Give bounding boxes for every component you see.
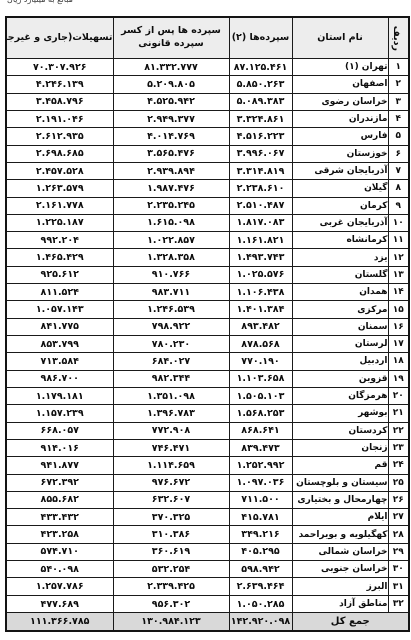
row-number: ۷ [388, 162, 409, 179]
province-name: ایلام [292, 509, 388, 526]
deposits-value: ۵۹۸.۹۴۲ [229, 561, 292, 578]
net-deposits-value: ۶۳۲.۶۰۷ [113, 491, 229, 508]
net-deposits-value: ۷۸۰.۲۳۰ [113, 336, 229, 353]
table-row: ۲۸ کهگیلویه و بویراحمد ۳۴۹.۲۱۶ ۳۱۰.۳۸۶ ۴… [6, 526, 409, 543]
province-name: گیلان [292, 180, 388, 197]
province-name: اصفهان [292, 76, 388, 93]
province-name: قزوین [292, 370, 388, 387]
net-deposits-value: ۹۸۲.۳۴۴ [113, 370, 229, 387]
facilities-value: ۴.۲۴۶.۱۳۹ [6, 76, 113, 93]
table-row: ۲۰ هرمزگان ۱.۵۰۵.۱۰۳ ۱.۳۵۱.۰۹۸ ۱.۱۷۹.۱۸۱ [6, 387, 409, 404]
facilities-value: ۵۷۴.۷۱۰ [6, 543, 113, 560]
deposits-value: ۴۰۵.۲۹۵ [229, 543, 292, 560]
facilities-value: ۹۴۱.۸۷۷ [6, 457, 113, 474]
header-deposits: سپرده‌ها (۲) [229, 17, 292, 59]
row-number: ۲۱ [388, 405, 409, 422]
facilities-value: ۵۴۰.۰۹۸ [6, 561, 113, 578]
province-name: همدان [292, 284, 388, 301]
deposits-value: ۱.۲۵۲.۹۹۲ [229, 457, 292, 474]
net-deposits-value: ۳۷۰.۳۲۵ [113, 509, 229, 526]
net-deposits-value: ۱.۳۲۸.۳۵۸ [113, 249, 229, 266]
row-number: ۱۹ [388, 370, 409, 387]
table-row: ۳ خراسان رضوی ۵.۰۸۹.۳۸۳ ۴.۵۲۵.۹۴۲ ۳.۴۵۸.… [6, 93, 409, 110]
province-name: خراسان رضوی [292, 93, 388, 110]
net-deposits-value: ۴.۰۱۴.۷۶۹ [113, 128, 229, 145]
row-number: ۶ [388, 145, 409, 162]
facilities-value: ۴۷۷.۶۸۹ [6, 595, 113, 613]
net-deposits-value: ۲.۳۳۹.۴۲۵ [113, 578, 229, 595]
net-deposits-value: ۱.۱۱۴.۶۵۹ [113, 457, 229, 474]
deposits-value: ۱.۱۰۳.۶۵۸ [229, 370, 292, 387]
total-deposits-value: ۱۴۲.۹۲۰.۰۹۸ [229, 613, 292, 631]
net-deposits-value: ۹۵۶.۳۰۲ [113, 595, 229, 613]
row-number: ۲۲ [388, 422, 409, 439]
deposits-value: ۷۷۰.۱۹۰ [229, 353, 292, 370]
province-name: سیستان و بلوچستان [292, 474, 388, 491]
row-number: ۱۴ [388, 284, 409, 301]
total-net-deposits-value: ۱۳۰.۹۸۴.۱۲۳ [113, 613, 229, 631]
deposits-value: ۴۱۵.۷۸۱ [229, 509, 292, 526]
row-number: ۱۸ [388, 353, 409, 370]
total-label: جمع کل [292, 613, 409, 631]
net-deposits-value: ۵.۲۰۹.۸۰۵ [113, 76, 229, 93]
facilities-value: ۹۲۵.۶۱۲ [6, 266, 113, 283]
table-row: ۲۵ سیستان و بلوچستان ۱.۰۹۷.۰۳۶ ۹۷۶.۶۷۲ ۶… [6, 474, 409, 491]
net-deposits-value: ۱.۹۸۷.۴۷۶ [113, 180, 229, 197]
header-row: ردیف نام استان سپرده‌ها (۲) سپرده ها پس … [6, 17, 409, 59]
province-name: البرز [292, 578, 388, 595]
row-number: ۳۰ [388, 561, 409, 578]
facilities-value: ۷۰.۳۰۷.۹۲۶ [6, 59, 113, 76]
net-deposits-value: ۹۷۶.۶۷۲ [113, 474, 229, 491]
table-row: ۱۹ قزوین ۱.۱۰۳.۶۵۸ ۹۸۲.۳۴۴ ۹۸۶.۷۰۰ [6, 370, 409, 387]
deposits-value: ۴.۵۱۶.۲۲۳ [229, 128, 292, 145]
facilities-value: ۱.۲۶۳.۵۷۹ [6, 180, 113, 197]
facilities-value: ۴۳۳.۴۳۲ [6, 509, 113, 526]
deposits-value: ۸۶۸.۶۴۱ [229, 422, 292, 439]
net-deposits-value: ۲.۹۳۹.۸۹۴ [113, 162, 229, 179]
row-number: ۵ [388, 128, 409, 145]
deposits-value: ۲.۲۳۸.۶۱۰ [229, 180, 292, 197]
facilities-value: ۹۹۲.۲۰۴ [6, 232, 113, 249]
table-row: ۲۹ خراسان شمالی ۴۰۵.۲۹۵ ۳۶۰.۶۱۹ ۵۷۴.۷۱۰ [6, 543, 409, 560]
deposits-value: ۷۱۱.۵۰۰ [229, 491, 292, 508]
province-name: آذربایجان شرقی [292, 162, 388, 179]
row-number: ۱۶ [388, 318, 409, 335]
facilities-value: ۱.۱۵۷.۲۳۹ [6, 405, 113, 422]
table-row: ۱۴ همدان ۱.۱۰۶.۴۳۸ ۹۸۳.۷۱۱ ۸۱۱.۵۲۴ [6, 284, 409, 301]
deposits-value: ۳۴۹.۲۱۶ [229, 526, 292, 543]
province-name: خراسان جنوبی [292, 561, 388, 578]
table-footer: جمع کل ۱۴۲.۹۲۰.۰۹۸ ۱۳۰.۹۸۴.۱۲۳ ۱۱۱.۳۶۶.۷… [6, 613, 409, 631]
table-row: ۵ فارس ۴.۵۱۶.۲۲۳ ۴.۰۱۴.۷۶۹ ۲.۶۱۲.۹۳۵ [6, 128, 409, 145]
deposits-value: ۵.۰۸۹.۳۸۳ [229, 93, 292, 110]
deposits-value: ۳.۳۱۴.۸۱۹ [229, 162, 292, 179]
province-name: مناطق آزاد [292, 595, 388, 613]
province-name: گلستان [292, 266, 388, 283]
province-name: مرکزی [292, 301, 388, 318]
net-deposits-value: ۲.۲۳۵.۲۴۵ [113, 197, 229, 214]
row-number: ۱۱ [388, 232, 409, 249]
header-province: نام استان [292, 17, 388, 59]
province-name: آذربایجان غربی [292, 214, 388, 231]
province-name: فارس [292, 128, 388, 145]
table-row: ۳۱ البرز ۲.۶۳۹.۴۶۴ ۲.۳۳۹.۴۲۵ ۱.۲۵۷.۷۸۶ [6, 578, 409, 595]
header-net-deposits-line2: سپرده قانونی [114, 38, 229, 51]
deposits-value: ۱.۱۰۶.۴۳۸ [229, 284, 292, 301]
deposits-value: ۱.۵۶۸.۲۵۳ [229, 405, 292, 422]
province-deposits-table: ردیف نام استان سپرده‌ها (۲) سپرده ها پس … [5, 16, 410, 632]
deposits-value: ۱.۰۹۷.۰۳۶ [229, 474, 292, 491]
deposits-value: ۳.۳۲۴.۸۶۱ [229, 110, 292, 127]
facilities-value: ۱.۴۶۵.۴۲۹ [6, 249, 113, 266]
facilities-value: ۶۷۲.۳۹۲ [6, 474, 113, 491]
header-net-deposits: سپرده ها پس از کسر سپرده قانونی [113, 17, 229, 59]
corner-note: مبالغ به میلیارد ریال [7, 0, 73, 4]
deposits-value: ۱.۱۶۱.۸۲۱ [229, 232, 292, 249]
net-deposits-value: ۲.۹۴۹.۳۷۷ [113, 110, 229, 127]
province-name: لرستان [292, 336, 388, 353]
table-row: ۱۷ لرستان ۸۷۸.۵۶۸ ۷۸۰.۲۳۰ ۸۵۳.۷۹۹ [6, 336, 409, 353]
table-row: ۱۰ آذربایجان غربی ۱.۸۱۷.۰۸۳ ۱.۶۱۵.۰۹۸ ۱.… [6, 214, 409, 231]
facilities-value: ۴۲۳.۲۵۸ [6, 526, 113, 543]
table-body: ۱ تهران (۱) ۸۷.۱۲۵.۴۶۱ ۸۱.۳۳۲.۷۷۷ ۷۰.۳۰۷… [6, 59, 409, 613]
row-number: ۲۶ [388, 491, 409, 508]
row-number: ۲۷ [388, 509, 409, 526]
net-deposits-value: ۷۷۲.۹۰۸ [113, 422, 229, 439]
province-name: خوزستان [292, 145, 388, 162]
net-deposits-value: ۱.۲۴۶.۵۳۹ [113, 301, 229, 318]
net-deposits-value: ۱.۰۲۲.۸۵۷ [113, 232, 229, 249]
facilities-value: ۲.۱۹۱.۰۴۶ [6, 110, 113, 127]
net-deposits-value: ۸۱.۳۳۲.۷۷۷ [113, 59, 229, 76]
net-deposits-value: ۵۳۲.۲۵۴ [113, 561, 229, 578]
net-deposits-value: ۳.۵۶۵.۴۷۶ [113, 145, 229, 162]
province-name: قم [292, 457, 388, 474]
facilities-value: ۱.۱۷۹.۱۸۱ [6, 387, 113, 404]
table-row: ۲۴ قم ۱.۲۵۲.۹۹۲ ۱.۱۱۴.۶۵۹ ۹۴۱.۸۷۷ [6, 457, 409, 474]
deposits-value: ۸۷.۱۲۵.۴۶۱ [229, 59, 292, 76]
province-name: کرمانشاه [292, 232, 388, 249]
table-row: ۱۱ کرمانشاه ۱.۱۶۱.۸۲۱ ۱.۰۲۲.۸۵۷ ۹۹۲.۲۰۴ [6, 232, 409, 249]
table-row: ۲۷ ایلام ۴۱۵.۷۸۱ ۳۷۰.۳۲۵ ۴۳۳.۴۳۲ [6, 509, 409, 526]
deposits-value: ۲.۶۳۹.۴۶۴ [229, 578, 292, 595]
header-facilities: تسهیلات(جاری و غیرجاری) [6, 17, 113, 59]
row-number: ۲ [388, 76, 409, 93]
facilities-value: ۲.۴۵۷.۵۲۸ [6, 162, 113, 179]
deposits-value: ۸۷۸.۵۶۸ [229, 336, 292, 353]
net-deposits-value: ۳۶۰.۶۱۹ [113, 543, 229, 560]
net-deposits-value: ۷۹۸.۹۲۲ [113, 318, 229, 335]
table-row: ۱۲ یزد ۱.۴۹۳.۷۴۳ ۱.۳۲۸.۳۵۸ ۱.۴۶۵.۴۲۹ [6, 249, 409, 266]
net-deposits-value: ۶۸۴.۰۲۷ [113, 353, 229, 370]
row-number: ۲۳ [388, 439, 409, 456]
facilities-value: ۶۶۸.۰۵۷ [6, 422, 113, 439]
row-number: ۸ [388, 180, 409, 197]
row-number: ۳۲ [388, 595, 409, 613]
table-row: ۳۲ مناطق آزاد ۱.۰۵۰.۲۸۵ ۹۵۶.۳۰۲ ۴۷۷.۶۸۹ [6, 595, 409, 613]
facilities-value: ۲.۶۹۸.۶۸۵ [6, 145, 113, 162]
table-row: ۲۲ کردستان ۸۶۸.۶۴۱ ۷۷۲.۹۰۸ ۶۶۸.۰۵۷ [6, 422, 409, 439]
row-number: ۳ [388, 93, 409, 110]
table-row: ۱ تهران (۱) ۸۷.۱۲۵.۴۶۱ ۸۱.۳۳۲.۷۷۷ ۷۰.۳۰۷… [6, 59, 409, 76]
facilities-value: ۸۴۱.۷۷۵ [6, 318, 113, 335]
deposits-value: ۱.۸۱۷.۰۸۳ [229, 214, 292, 231]
row-number: ۳۱ [388, 578, 409, 595]
province-name: سمنان [292, 318, 388, 335]
table-row: ۴ مازندران ۳.۳۲۴.۸۶۱ ۲.۹۴۹.۳۷۷ ۲.۱۹۱.۰۴۶ [6, 110, 409, 127]
deposits-value: ۱.۴۰۱.۳۸۴ [229, 301, 292, 318]
table-row: ۶ خوزستان ۳.۹۹۶.۰۶۷ ۳.۵۶۵.۴۷۶ ۲.۶۹۸.۶۸۵ [6, 145, 409, 162]
table-row: ۱۵ مرکزی ۱.۴۰۱.۳۸۴ ۱.۲۴۶.۵۳۹ ۱.۰۵۷.۱۴۳ [6, 301, 409, 318]
table-row: ۲۶ چهارمحال و بختیاری ۷۱۱.۵۰۰ ۶۳۲.۶۰۷ ۸۵… [6, 491, 409, 508]
facilities-value: ۱.۲۵۷.۷۸۶ [6, 578, 113, 595]
net-deposits-value: ۹۱۰.۷۶۶ [113, 266, 229, 283]
facilities-value: ۹۱۴.۰۱۶ [6, 439, 113, 456]
net-deposits-value: ۹۸۳.۷۱۱ [113, 284, 229, 301]
province-name: هرمزگان [292, 387, 388, 404]
deposits-value: ۱.۴۹۳.۷۴۳ [229, 249, 292, 266]
facilities-value: ۹۸۶.۷۰۰ [6, 370, 113, 387]
province-name: بوشهر [292, 405, 388, 422]
net-deposits-value: ۱.۳۵۱.۰۹۸ [113, 387, 229, 404]
deposits-value: ۸۳۹.۴۷۳ [229, 439, 292, 456]
province-name: یزد [292, 249, 388, 266]
facilities-value: ۱.۰۵۷.۱۴۳ [6, 301, 113, 318]
deposits-value: ۱.۰۲۵.۵۷۶ [229, 266, 292, 283]
province-name: کردستان [292, 422, 388, 439]
row-number: ۱ [388, 59, 409, 76]
facilities-value: ۲.۱۶۱.۷۷۸ [6, 197, 113, 214]
table-row: ۳۰ خراسان جنوبی ۵۹۸.۹۴۲ ۵۳۲.۲۵۴ ۵۴۰.۰۹۸ [6, 561, 409, 578]
deposits-value: ۳.۹۹۶.۰۶۷ [229, 145, 292, 162]
table-row: ۲۱ بوشهر ۱.۵۶۸.۲۵۳ ۱.۳۹۶.۷۸۳ ۱.۱۵۷.۲۳۹ [6, 405, 409, 422]
row-number: ۱۷ [388, 336, 409, 353]
row-number: ۴ [388, 110, 409, 127]
header-row-number: ردیف [388, 17, 409, 59]
province-name: مازندران [292, 110, 388, 127]
province-name: خراسان شمالی [292, 543, 388, 560]
row-number: ۲۹ [388, 543, 409, 560]
net-deposits-value: ۴.۵۲۵.۹۴۲ [113, 93, 229, 110]
row-number: ۲۸ [388, 526, 409, 543]
row-number: ۱۳ [388, 266, 409, 283]
table-row: ۱۶ سمنان ۸۹۳.۴۸۲ ۷۹۸.۹۲۲ ۸۴۱.۷۷۵ [6, 318, 409, 335]
facilities-value: ۸۵۳.۷۹۹ [6, 336, 113, 353]
facilities-value: ۸۵۵.۶۸۲ [6, 491, 113, 508]
row-number: ۱۲ [388, 249, 409, 266]
table-header: ردیف نام استان سپرده‌ها (۲) سپرده ها پس … [6, 17, 409, 59]
header-net-deposits-line1: سپرده ها پس از کسر [114, 25, 229, 38]
province-name: اردبیل [292, 353, 388, 370]
deposits-value: ۱.۰۵۰.۲۸۵ [229, 595, 292, 613]
facilities-value: ۳.۴۵۸.۷۹۶ [6, 93, 113, 110]
net-deposits-value: ۱.۶۱۵.۰۹۸ [113, 214, 229, 231]
province-name: کهگیلویه و بویراحمد [292, 526, 388, 543]
net-deposits-value: ۷۴۶.۴۷۱ [113, 439, 229, 456]
table-row: ۱۸ اردبیل ۷۷۰.۱۹۰ ۶۸۴.۰۲۷ ۷۱۳.۵۸۴ [6, 353, 409, 370]
row-number: ۹ [388, 197, 409, 214]
table-row: ۱۳ گلستان ۱.۰۲۵.۵۷۶ ۹۱۰.۷۶۶ ۹۲۵.۶۱۲ [6, 266, 409, 283]
facilities-value: ۸۱۱.۵۲۴ [6, 284, 113, 301]
facilities-value: ۲.۶۱۲.۹۳۵ [6, 128, 113, 145]
deposits-value: ۱.۵۰۵.۱۰۳ [229, 387, 292, 404]
header-row-number-label: ردیف [389, 25, 402, 50]
province-name: چهارمحال و بختیاری [292, 491, 388, 508]
table-row: ۷ آذربایجان شرقی ۳.۳۱۴.۸۱۹ ۲.۹۳۹.۸۹۴ ۲.۴… [6, 162, 409, 179]
net-deposits-value: ۳۱۰.۳۸۶ [113, 526, 229, 543]
row-number: ۱۵ [388, 301, 409, 318]
province-name: تهران (۱) [292, 59, 388, 76]
table-row: ۹ کرمان ۲.۵۱۰.۴۸۷ ۲.۲۳۵.۲۴۵ ۲.۱۶۱.۷۷۸ [6, 197, 409, 214]
row-number: ۱۰ [388, 214, 409, 231]
facilities-value: ۷۱۳.۵۸۴ [6, 353, 113, 370]
deposits-value: ۸۹۳.۴۸۲ [229, 318, 292, 335]
province-name: کرمان [292, 197, 388, 214]
total-row: جمع کل ۱۴۲.۹۲۰.۰۹۸ ۱۳۰.۹۸۴.۱۲۳ ۱۱۱.۳۶۶.۷… [6, 613, 409, 631]
table-row: ۲۳ زنجان ۸۳۹.۴۷۳ ۷۴۶.۴۷۱ ۹۱۴.۰۱۶ [6, 439, 409, 456]
row-number: ۲۰ [388, 387, 409, 404]
row-number: ۲۵ [388, 474, 409, 491]
facilities-value: ۱.۲۲۵.۱۸۷ [6, 214, 113, 231]
row-number: ۲۴ [388, 457, 409, 474]
deposits-value: ۲.۵۱۰.۴۸۷ [229, 197, 292, 214]
table-row: ۲ اصفهان ۵.۸۵۰.۲۶۳ ۵.۲۰۹.۸۰۵ ۴.۲۴۶.۱۳۹ [6, 76, 409, 93]
province-name: زنجان [292, 439, 388, 456]
total-facilities-value: ۱۱۱.۳۶۶.۷۸۵ [6, 613, 113, 631]
net-deposits-value: ۱.۳۹۶.۷۸۳ [113, 405, 229, 422]
deposits-value: ۵.۸۵۰.۲۶۳ [229, 76, 292, 93]
table-row: ۸ گیلان ۲.۲۳۸.۶۱۰ ۱.۹۸۷.۴۷۶ ۱.۲۶۳.۵۷۹ [6, 180, 409, 197]
